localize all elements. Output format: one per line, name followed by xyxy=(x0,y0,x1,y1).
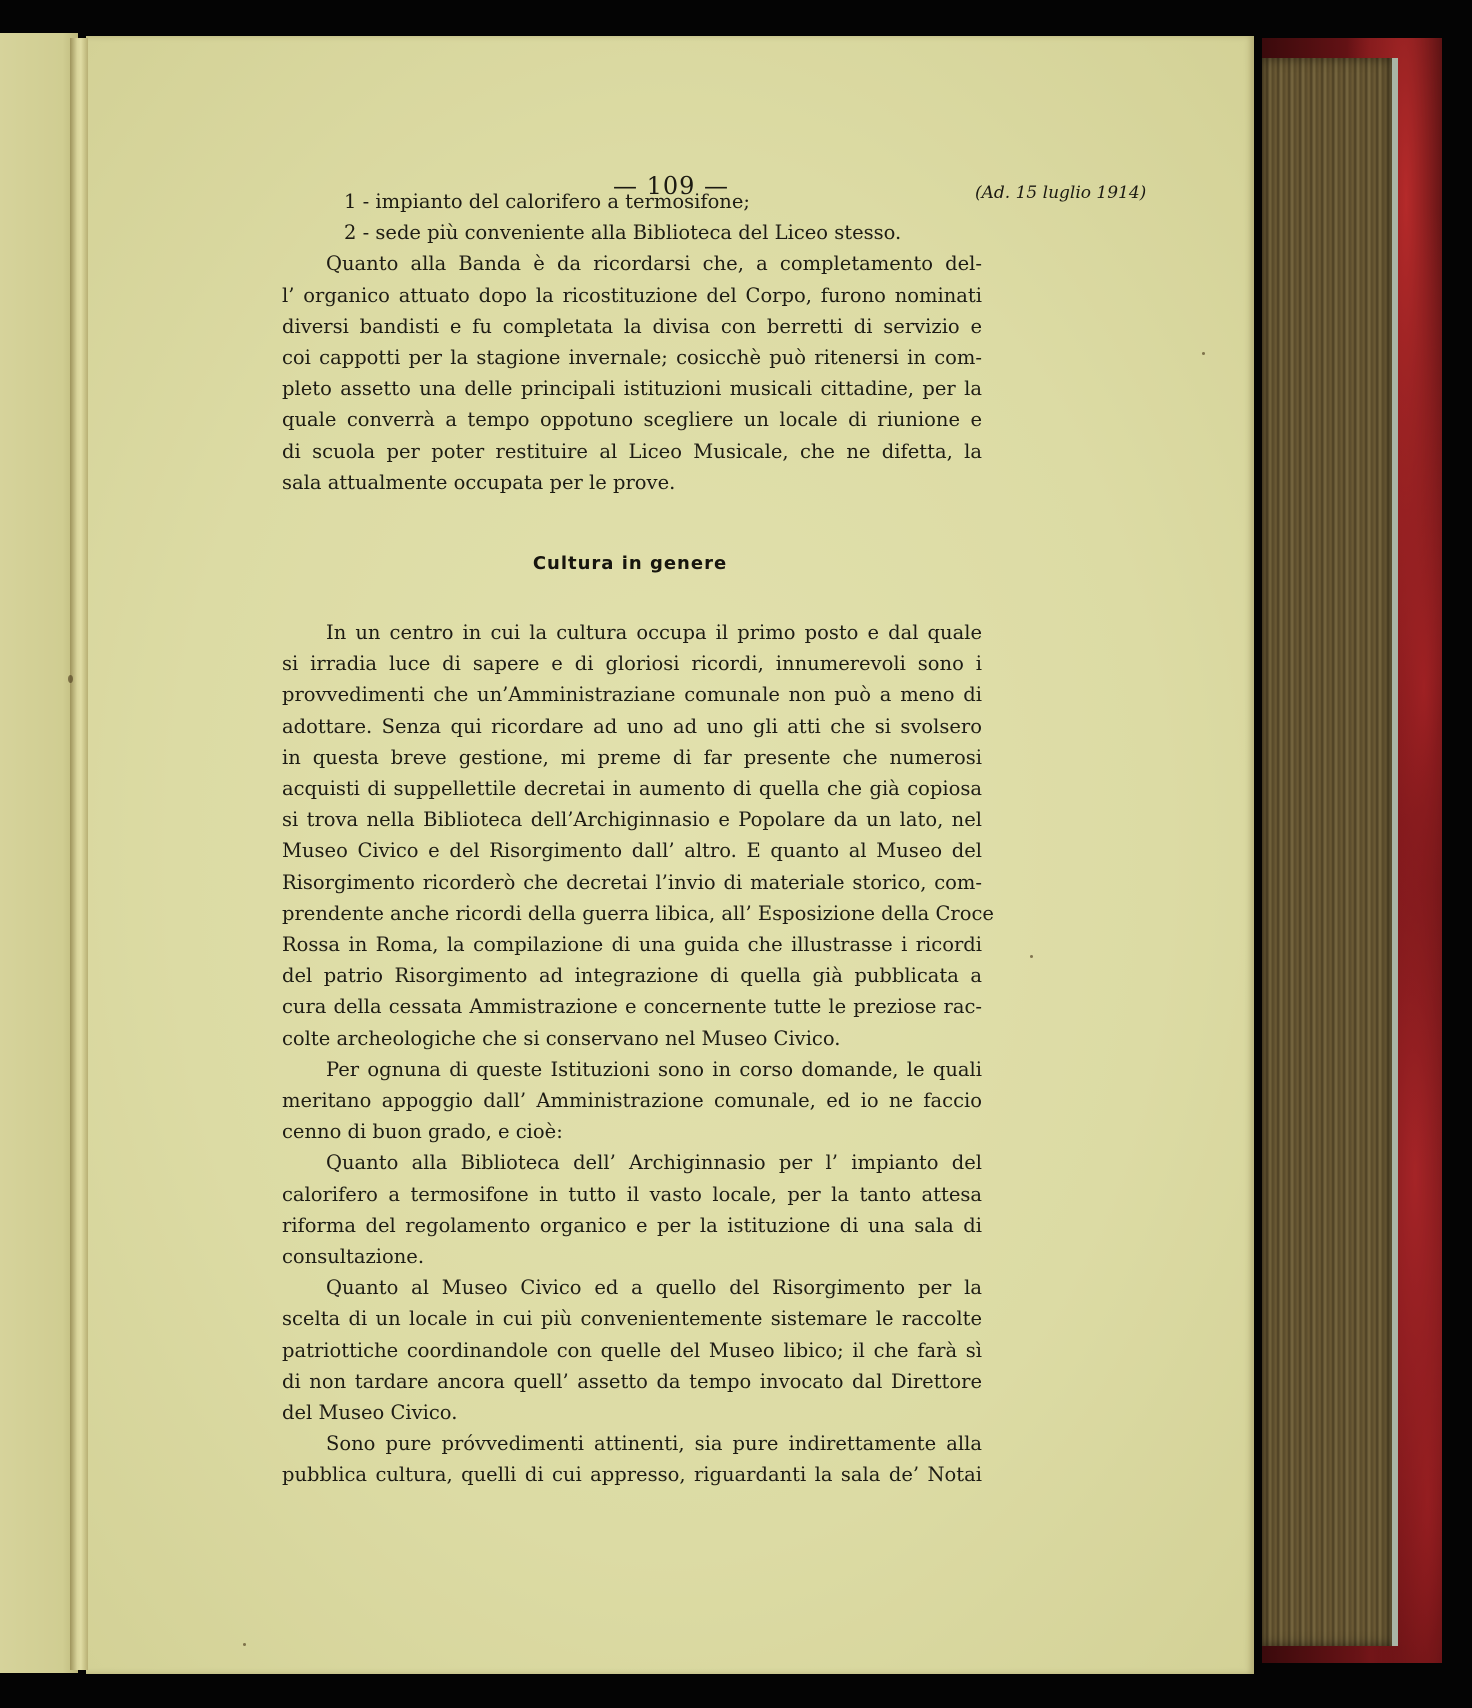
paragraph-line: coi cappotti per la stagione invernale; … xyxy=(282,342,982,373)
paragraph-line: in questa breve gestione, mi preme di fa… xyxy=(282,742,982,773)
paragraph-line: si irradia luce di sapere e di gloriosi … xyxy=(282,648,982,679)
list-item-2: 2 - sede più conveniente alla Biblioteca… xyxy=(282,217,982,248)
paragraph-line: Quanto alla Banda è da ricordarsi che, a… xyxy=(282,248,982,279)
paragraph-line: Per ognuna di queste Istituzioni sono in… xyxy=(282,1054,982,1085)
text-block-top: 1 - impianto del calorifero a termosifon… xyxy=(282,186,982,498)
paragraph-line: prendente anche ricordi della guerra lib… xyxy=(282,898,982,929)
paragraph-line: cenno di buon grado, e cioè: xyxy=(282,1116,982,1147)
paragraph-line: di non tardare ancora quell’ assetto da … xyxy=(282,1366,982,1397)
previous-page-edge xyxy=(0,33,78,1673)
paragraph-line: sala attualmente occupata per le prove. xyxy=(282,467,982,498)
paragraph-line: Risorgimento ricorderò che decretai l’in… xyxy=(282,867,982,898)
list-item-1: 1 - impianto del calorifero a termosifon… xyxy=(282,186,982,217)
paragraph-line: patriottiche coordinandole con quelle de… xyxy=(282,1335,982,1366)
paragraph-line: si trova nella Biblioteca dell’Archiginn… xyxy=(282,804,982,835)
paragraph-line: cura della cessata Ammistrazione e conce… xyxy=(282,991,982,1022)
paper-fleck xyxy=(243,1643,246,1646)
paragraph-line: In un centro in cui la cultura occupa il… xyxy=(282,617,982,648)
paper-fleck xyxy=(1202,352,1205,355)
paragraph-line: consultazione. xyxy=(282,1241,982,1272)
paragraph-line: del Museo Civico. xyxy=(282,1397,982,1428)
paper-fleck xyxy=(1030,955,1033,958)
text-block-bottom: In un centro in cui la cultura occupa il… xyxy=(282,617,982,1491)
paragraph-line: del patrio Risorgimento ad integrazione … xyxy=(282,960,982,991)
paragraph-line: calorifero a termosifone in tutto il vas… xyxy=(282,1179,982,1210)
paragraph-line: l’ organico attuato dopo la ricostituzio… xyxy=(282,280,982,311)
paragraph-line: Museo Civico e del Risorgimento dall’ al… xyxy=(282,835,982,866)
paragraph-line: colte archeologiche che si conservano ne… xyxy=(282,1023,982,1054)
paragraph-line: di scuola per poter restituire al Liceo … xyxy=(282,436,982,467)
paper-fleck xyxy=(68,675,73,683)
paragraph-line: provvedimenti che un’Amministraziane com… xyxy=(282,679,982,710)
section-heading: Cultura in genere xyxy=(420,553,840,574)
page-stack-fore-edge xyxy=(1262,58,1398,1646)
gutter-fold xyxy=(70,38,88,1670)
paragraph-line: adottare. Senza qui ricordare ad uno ad … xyxy=(282,711,982,742)
paragraph-line: pubblica cultura, quelli di cui appresso… xyxy=(282,1459,982,1490)
paragraph-line: Sono pure próvvedimenti attinenti, sia p… xyxy=(282,1428,982,1459)
paragraph-line: riforma del regolamento organico e per l… xyxy=(282,1210,982,1241)
paragraph-line: quale converrà a tempo oppotuno sceglier… xyxy=(282,404,982,435)
date-sidenote: (Ad. 15 luglio 1914) xyxy=(975,183,1146,203)
paragraph-line: meritano appoggio dall’ Amministrazione … xyxy=(282,1085,982,1116)
scanned-book-spread: — 109 — (Ad. 15 luglio 1914) 1 - impiant… xyxy=(0,0,1472,1708)
paragraph-line: diversi bandisti e fu completata la divi… xyxy=(282,311,982,342)
paragraph-line: Quanto al Museo Civico ed a quello del R… xyxy=(282,1272,982,1303)
paragraph-line: Quanto alla Biblioteca dell’ Archiginnas… xyxy=(282,1147,982,1178)
paragraph-line: acquisti di suppellettile decretai in au… xyxy=(282,773,982,804)
paragraph-line: scelta di un locale in cui più convenien… xyxy=(282,1303,982,1334)
paragraph-line: pleto assetto una delle principali istit… xyxy=(282,373,982,404)
paragraph-line: Rossa in Roma, la compilazione di una gu… xyxy=(282,929,982,960)
